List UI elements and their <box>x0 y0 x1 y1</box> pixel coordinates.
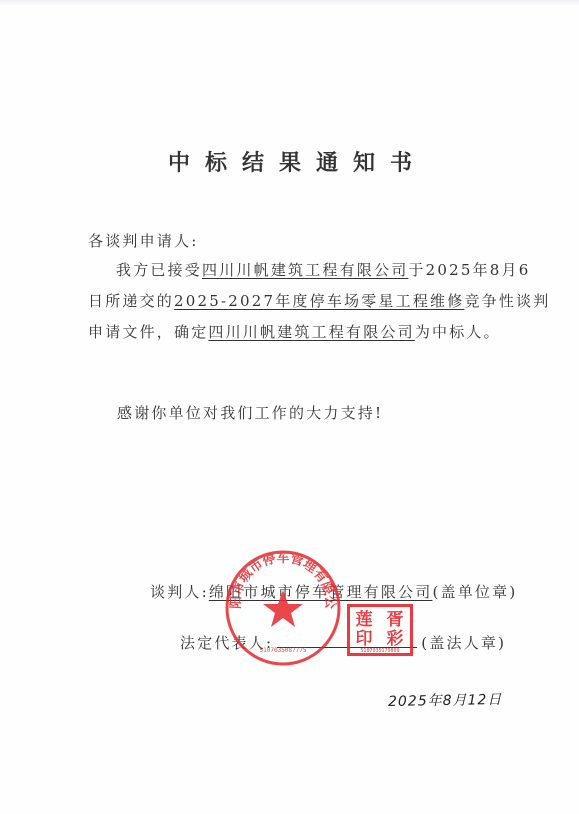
personal-seal-icon: 莲 胥 印 彩 5107035179809 <box>347 604 413 656</box>
body-text: 申请文件，确定 <box>88 323 208 341</box>
project-name: 2025-2027年度停车场零星工程维修 <box>174 292 464 310</box>
body-text: 于2025年8月6 <box>408 261 530 279</box>
body-text: 竞争性谈判 <box>464 292 550 310</box>
negotiator-label: 谈判人: <box>150 583 209 601</box>
body-text: 日所递交的 <box>88 292 174 310</box>
svg-text:彩: 彩 <box>387 629 404 649</box>
svg-text:莲: 莲 <box>356 610 373 630</box>
svg-text:5107035087775: 5107035087775 <box>260 647 307 654</box>
svg-text:胥: 胥 <box>387 610 404 630</box>
company-seal-icon: 绵阳市城市停车管理有限公司 5107035087775 <box>223 548 343 668</box>
winner-company: 四川川帆建筑工程有限公司 <box>202 261 408 279</box>
body-line-3: 申请文件，确定四川川帆建筑工程有限公司为中标人。 <box>88 321 501 342</box>
document-page: 中标结果通知书 各谈判申请人: 我方已接受四川川帆建筑工程有限公司于2025年8… <box>0 0 579 814</box>
salutation: 各谈判申请人: <box>88 230 198 251</box>
body-text: 为中标人。 <box>415 323 501 341</box>
document-title: 中标结果通知书 <box>0 146 579 177</box>
svg-text:印: 印 <box>356 628 373 649</box>
negotiator-note: (盖单位章) <box>432 583 517 601</box>
handwritten-date: 2025年8月12日 <box>388 689 503 711</box>
thanks-text: 感谢你单位对我们工作的大力支持! <box>117 402 383 423</box>
svg-text:5107035179809: 5107035179809 <box>360 648 399 654</box>
body-line-1: 我方已接受四川川帆建筑工程有限公司于2025年8月6 <box>116 259 530 280</box>
winner-company: 四川川帆建筑工程有限公司 <box>208 323 414 341</box>
scan-edge-shade <box>0 0 579 6</box>
body-text: 我方已接受 <box>116 261 202 279</box>
body-line-2: 日所递交的2025-2027年度停车场零星工程维修竞争性谈判 <box>88 290 550 311</box>
legal-rep-note: (盖法人章) <box>421 634 506 652</box>
